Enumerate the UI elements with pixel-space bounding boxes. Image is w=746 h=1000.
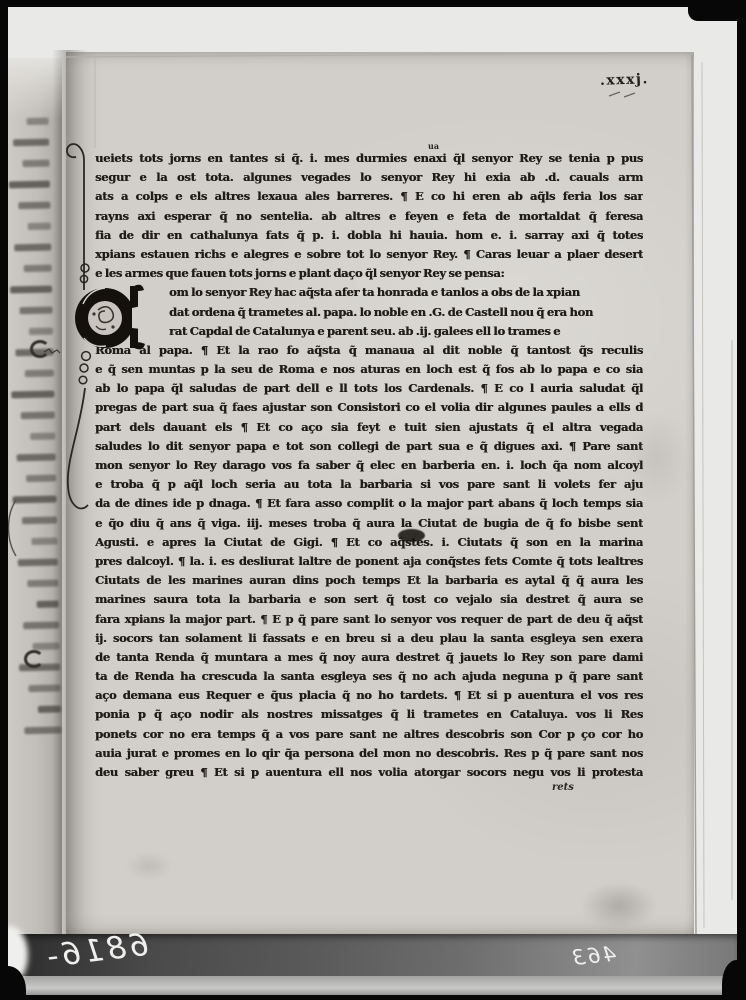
stain [126,852,172,880]
facing-page-text-line [22,160,49,168]
manuscript-line: ij. socors tan solament li fassats e en … [95,629,643,648]
manuscript-line: da de dines ide p dnaga. ¶ Et fara asso … [95,494,643,513]
body-paragraph: Roma al papa. ¶ Et la rao fo aq̃sta q̃ m… [95,341,643,782]
manuscript-line: ab lo papa q̃l saludas de part dell e ll… [95,379,643,398]
plate-frame-left [0,0,8,1000]
manuscript-line: de tanta Renda q̃ muntara a mes q̃ noy a… [95,648,643,667]
manuscript-line: mon senyor lo Rey darago vos fa saber q̃… [95,456,643,475]
manuscript-line: rayns axi esperar q̃ no sentelia. ab alt… [95,207,643,226]
opening-paragraph: ueiets tots jorns en tantes si q̃. i. me… [95,149,643,283]
manuscript-line: Roma al papa. ¶ Et la rao fo aq̃sta q̃ m… [95,341,643,360]
plate-frame-bottom [0,995,746,1000]
manuscript-line: pres dalcoyl. ¶ la. i. es desliurat lalt… [95,552,643,571]
manuscript-line: deu saber greu ¶ Et si p auentura ell no… [95,763,643,782]
manuscript-line: rat Capdal de Catalunya e parent seu. ab… [95,322,643,341]
manuscript-line: ponia p q̃ aço nodir als nostres missatg… [95,705,643,724]
facing-page-text-line [11,391,54,399]
facing-page-text-line [24,265,52,273]
facing-page-text-line [10,286,52,294]
manuscript-page: .xxxj. ua ueiets tots jorns en tantes si… [66,52,694,940]
illuminated-initial [72,282,150,356]
plate-frame-corner [722,960,746,1000]
facing-page-text-line [14,244,51,252]
plate-lower-strip [8,976,737,996]
manuscript-line: aço demana eus Requer e q̃us placia q̃ n… [95,686,643,705]
manuscript-line: auia jurat e promes en lo qir q̃a person… [95,744,643,763]
manuscript-line: om lo senyor Rey hac aq̃sta afer ta honr… [95,283,643,302]
catchword: rets [552,782,574,793]
manuscript-line: segur e la ost tota. algunes vegades lo … [95,168,643,187]
facing-page-text-line [9,181,50,189]
manuscript-line: fara xpians la major part. ¶ E p q̃ pare… [95,610,643,629]
manuscript-line: Ciutats de les marines auran dins poch t… [95,571,643,590]
facing-page-text-line [18,202,50,210]
facing-page-text-line [25,370,54,378]
manuscript-line: e q̃ sen muntas p la seu de Roma e nos a… [95,360,643,379]
plate-frame-top [0,0,746,7]
manuscript-line: Agusti. e apres la Ciutat de Gigi. ¶ Et … [95,533,643,552]
plate-frame-corner-tab [688,0,746,21]
manuscript-line: e les armes que fauen tots jorns e plant… [95,264,643,283]
manuscript-line: ponets cor no era temps q̃ a vos pare sa… [95,725,643,744]
manuscript-line: ueiets tots jorns en tantes si q̃. i. me… [95,149,643,168]
text-block: ueiets tots jorns en tantes si q̃. i. me… [95,149,643,782]
pilcrow-mark-icon [30,340,50,358]
facing-page-text-line [29,328,53,336]
manuscript-line: ta de Renda ha crescuda la santa esgleya… [95,667,643,686]
negative-inscription-right: 463 [569,942,617,971]
plate-frame-right [737,0,746,1000]
facing-page-text-line [28,223,51,230]
initial-paragraph-start: om lo senyor Rey hac aq̃sta afer ta honr… [95,283,643,341]
facing-page-text-line [20,307,53,315]
facing-page-text-line [12,496,56,504]
facing-page-text-line [27,118,49,125]
manuscript-line: e troba q̃ p aq̃l loch seria au tota la … [95,475,643,494]
pilcrow-mark-icon [24,650,44,668]
manuscript-line: pregas de part sua q̃ faes ajustar son C… [95,398,643,417]
manuscript-line: fia de dir en cathalunya fats q̃ p. i. d… [95,226,643,245]
facing-page-text-line [13,139,49,147]
manuscript-line: part dels dauant els ¶ Et co aço sia fey… [95,418,643,437]
manuscript-line: ats a colps e els altres lexaua ales bar… [95,187,643,206]
photographic-plate: .xxxj. ua ueiets tots jorns en tantes si… [0,0,746,1000]
manuscript-line: dat ordena q̃ trametes al. papa. lo nobl… [95,303,643,322]
facing-page-text-line [21,412,55,420]
manuscript-line: saludes lo dit senyor papa e tot son col… [95,437,643,456]
stain [581,882,657,930]
manuscript-line: marines saura tota la barbaria e son ser… [95,590,643,609]
manuscript-line: e q̃o diu q̃ ans q̃ viga. iij. meses tro… [95,514,643,533]
folio-number: .xxxj. [600,71,649,89]
manuscript-line: xpians estauen richs e alegres e sobre t… [95,245,643,264]
facing-page-text-line [17,454,56,462]
